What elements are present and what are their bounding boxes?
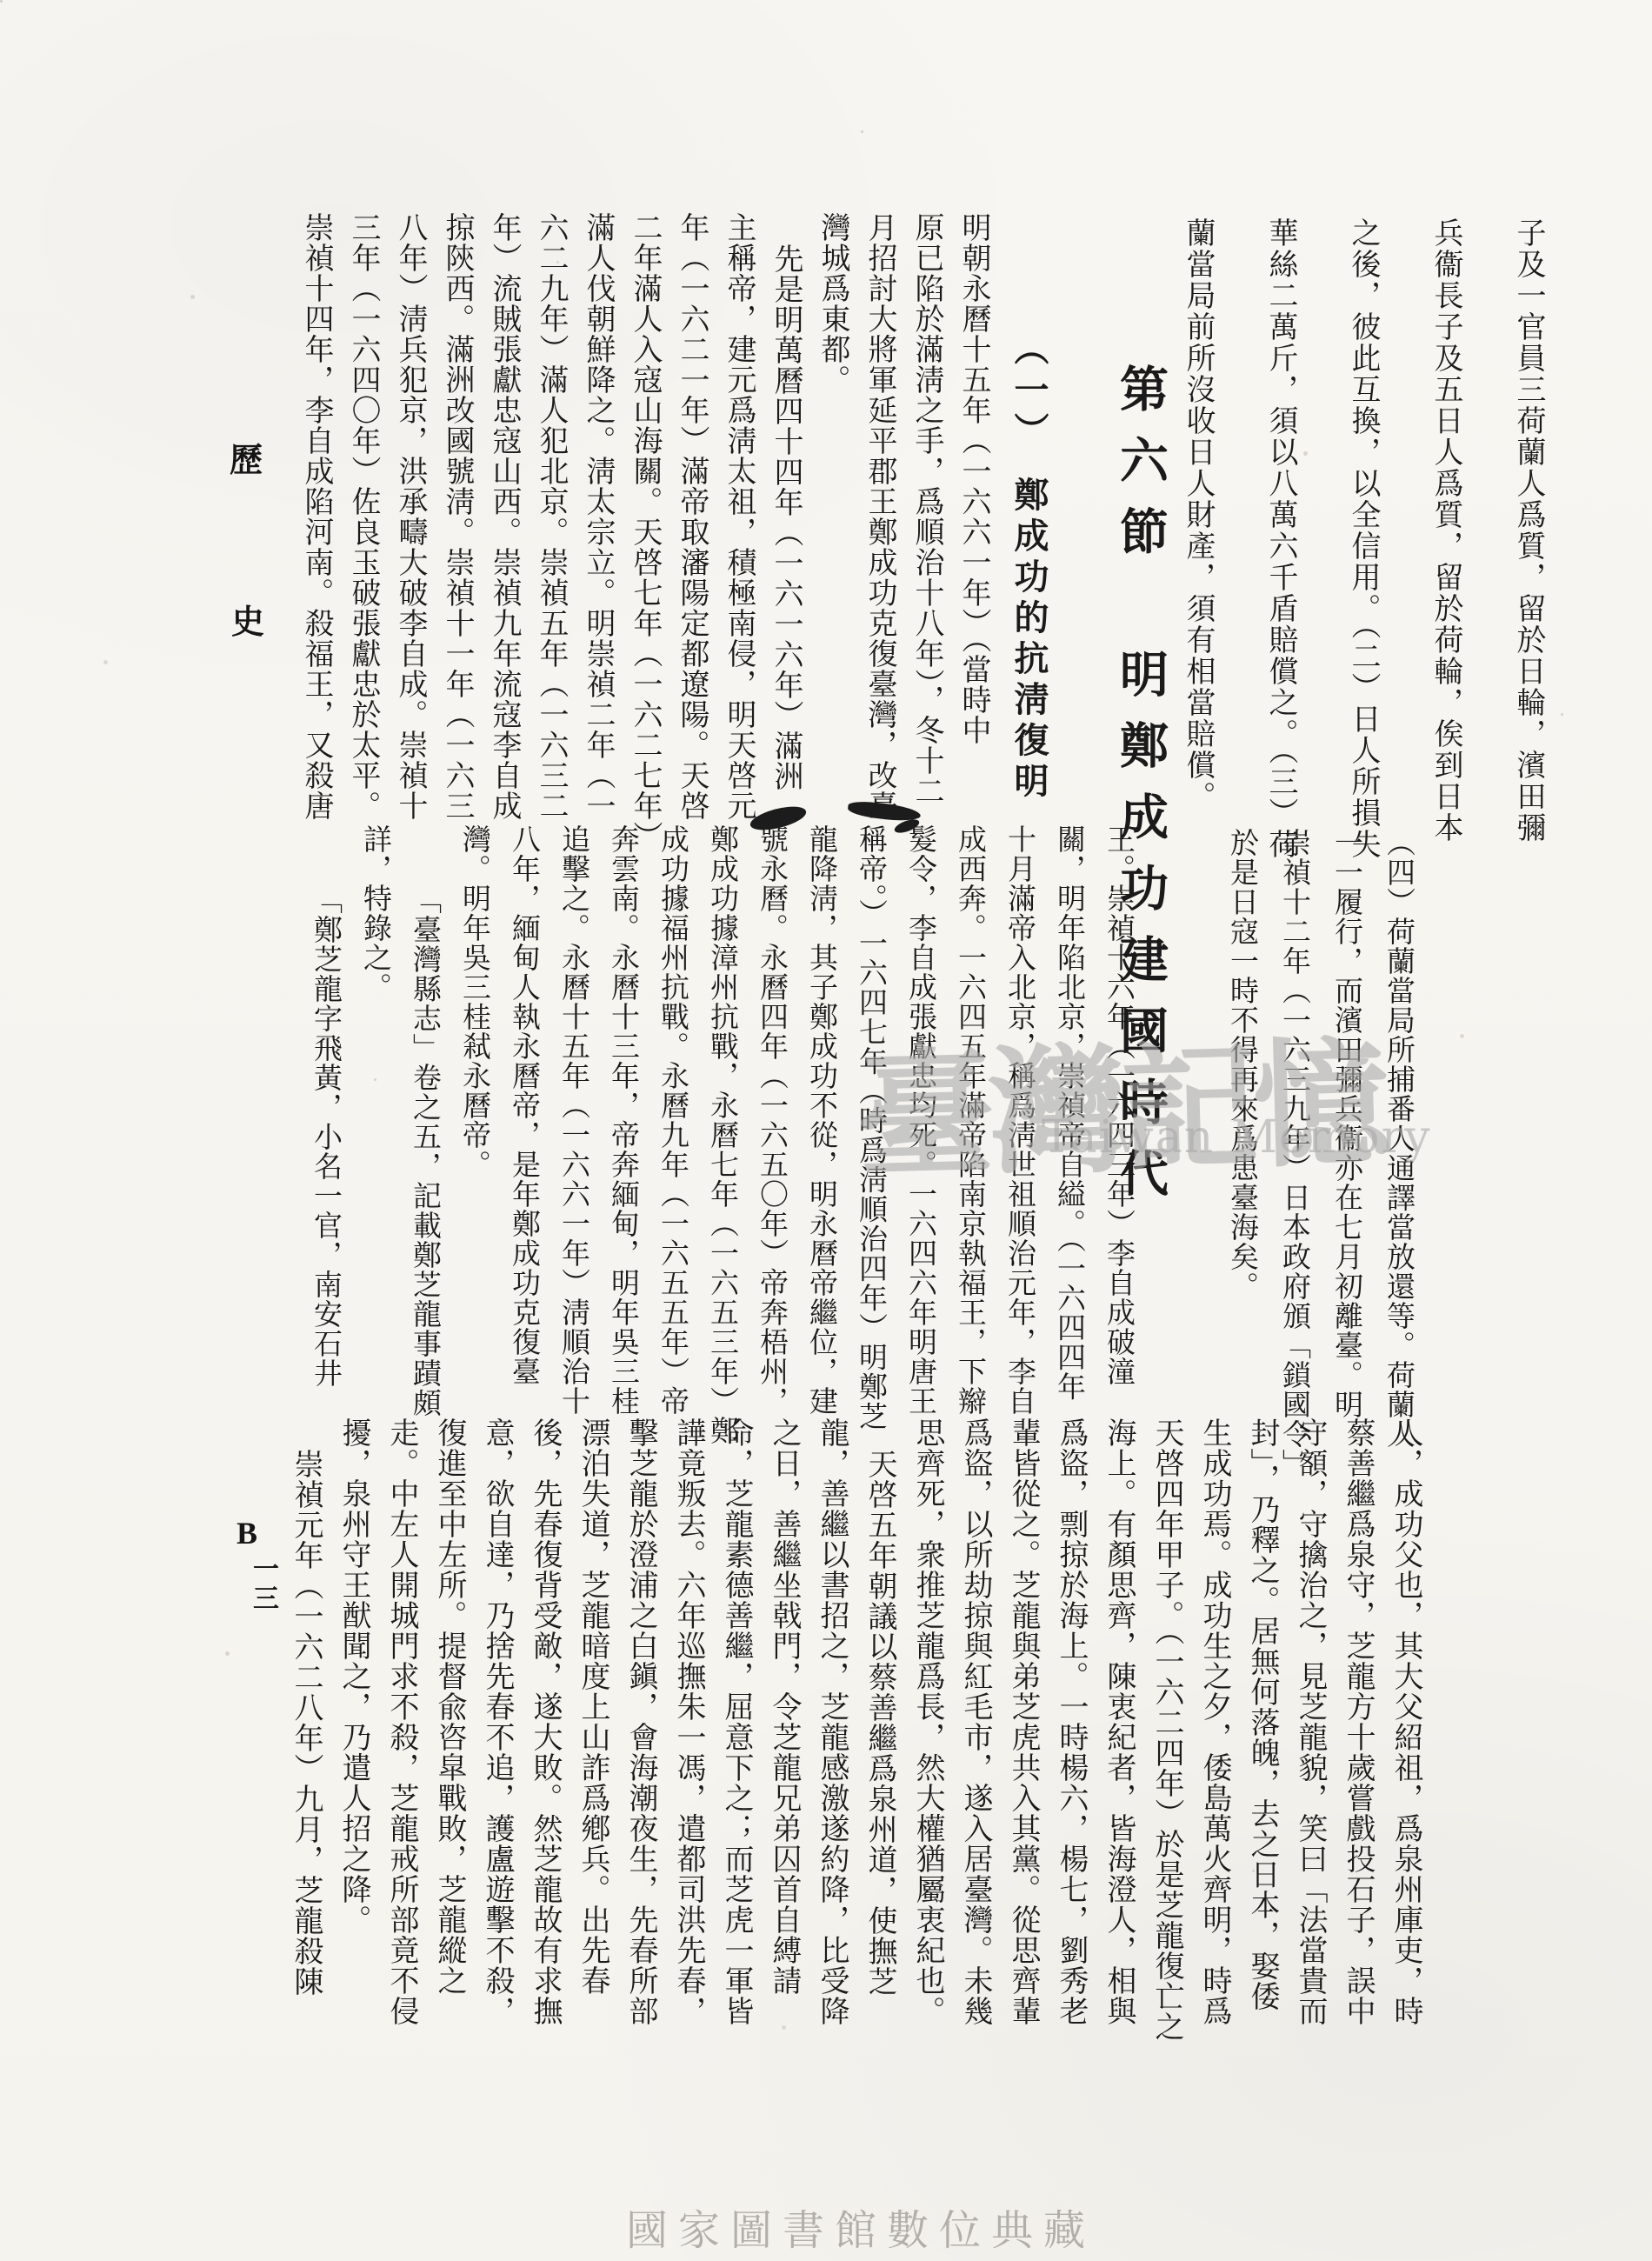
text-column: 爲盜，以所劫掠與紅毛市，遂入居臺灣。未幾 bbox=[951, 1417, 999, 2057]
page-number: 一三 bbox=[245, 1555, 280, 1614]
text-column: 人，成功父也，其大父紹祖，爲泉州庫吏，時 bbox=[1382, 1417, 1429, 2057]
text-column: 命，芝龍素德善繼，屈意下之；而芝虎一軍皆 bbox=[712, 1417, 760, 2057]
text-column: 六二九年）滿人犯北京。崇禎五年（一六三二 bbox=[527, 212, 574, 821]
text-column: 龍降淸，其子鄭成功不從，明永曆帝繼位，建 bbox=[796, 824, 845, 1394]
text-column: 十月滿帝入北京，稱爲淸世祖順治元年，李自 bbox=[994, 824, 1043, 1394]
text-column: 灣城爲東都。 bbox=[809, 212, 856, 821]
text-column: 三年（一六四〇年）佐良玉破張獻忠於太平。 bbox=[339, 212, 386, 821]
text-column: 年（一六二一年）滿帝取瀋陽定都遼陽。天啓 bbox=[668, 212, 715, 821]
text-column: 年）流賊張獻忠寇山西。崇禎九年流寇李自成 bbox=[480, 212, 527, 821]
text-column: 詳，特錄之。 bbox=[350, 824, 399, 1394]
text-column: 稱帝。）一六四七年（時爲淸順治四年）明鄭芝 bbox=[845, 824, 895, 1394]
text-column: 譁竟叛去。六年巡撫朱一馮，遣都司洪先春， bbox=[664, 1417, 712, 2057]
text-column: 號永曆。永曆四年（一六五〇年）帝奔梧州， bbox=[746, 824, 796, 1394]
text-column: 髮令，李自成張獻忠均死。一六四六年明唐王 bbox=[895, 824, 944, 1394]
text-column: 海上。有顏思齊，陳衷紀者，皆海澄人，相與 bbox=[1095, 1417, 1142, 2057]
text-column: 後，先春復背受敵，遂大敗。然芝龍故有求撫 bbox=[521, 1417, 569, 2057]
text-column: 主稱帝，建元爲淸太祖，積極南侵，明天啓元 bbox=[715, 212, 762, 821]
text-column: 原已陷於滿淸之手，爲順治十八年），冬十二 bbox=[903, 212, 949, 821]
text-column: 追擊之。永曆十五年（一六六一年）淸順治十 bbox=[548, 824, 597, 1394]
text-column: 子及一官員三荷蘭人爲質，留於日輪，濱田彌 bbox=[1487, 217, 1569, 826]
body-band1-columns: 明朝永曆十五年（一六六一年）（當時中原已陷於滿淸之手，爲順治十八年），冬十二月招… bbox=[292, 212, 996, 821]
text-column: 爲盜，剽掠於海上。一時楊六，楊七，劉秀老 bbox=[1047, 1417, 1095, 2057]
scanned-book-page: { "page": { "margin_label_top": "歷", "ma… bbox=[0, 0, 1652, 2261]
text-column: （四）荷蘭當局所捕番人通譯當放還等。荷蘭人 bbox=[1372, 828, 1424, 1393]
text-column: 蔡善繼爲泉守，芝龍方十歲嘗戲投石子，誤中 bbox=[1334, 1417, 1382, 2057]
text-column: 守額，守擒治之，見芝龍貌，笑曰「法當貴而 bbox=[1286, 1417, 1334, 2057]
text-column: 一一履行，而濱田彌兵衞亦在七月初離臺。明 bbox=[1320, 828, 1372, 1393]
text-column: 關，明年陷北京，崇禎帝自縊。（一六四四年 bbox=[1043, 824, 1093, 1394]
text-column: 兵衞長子及五日人爲質，留於荷輪，俟到日本 bbox=[1404, 217, 1487, 826]
prev-section-band2-columns: （四）荷蘭當局所捕番人通譯當放還等。荷蘭人一一履行，而濱田彌兵衞亦在七月初離臺。… bbox=[1216, 828, 1424, 1393]
text-column: 掠陝西。滿洲改國號淸。崇禎十一年（一六三 bbox=[433, 212, 480, 821]
text-column: 灣。明年吳三桂弒永曆帝。 bbox=[449, 824, 498, 1394]
text-column: 天啓五年朝議以蔡善繼爲泉州道，使撫芝 bbox=[856, 1417, 903, 2057]
text-column: 之日，善繼坐戟門，令芝龍兄弟囚首自縛請 bbox=[760, 1417, 808, 2057]
text-column: 明朝永曆十五年（一六六一年）（當時中 bbox=[949, 212, 996, 821]
text-column: 「臺灣縣志」卷之五，記載鄭芝龍事蹟頗 bbox=[399, 824, 449, 1394]
margin-label-history-char1: 歷 bbox=[230, 433, 263, 481]
text-column: 鄭成功據漳州抗戰，永曆七年（一六五三年）鄭 bbox=[696, 824, 746, 1394]
text-column: 龍，善繼以書招之，芝龍感激遂約降，比受降 bbox=[808, 1417, 856, 2057]
text-column: 崇禎十四年，李自成陷河南。殺福王，又殺唐 bbox=[292, 212, 339, 821]
text-column: 意，欲自達，乃捨先春不追，護盧遊擊不殺， bbox=[473, 1417, 521, 2057]
text-column: 八年，緬甸人執永曆帝，是年鄭成功克復臺 bbox=[498, 824, 548, 1394]
scan-noise-specks bbox=[0, 0, 3, 3]
text-column: 天啓四年甲子。（一六二四年）於是芝龍復亡之 bbox=[1142, 1417, 1190, 2057]
text-column: 於是日寇一時不得再來爲患臺海矣。 bbox=[1216, 828, 1268, 1393]
text-column: 王。崇禎十六年（一六四三年）李自成破潼 bbox=[1093, 824, 1142, 1394]
text-column: 二年滿人入寇山海關。天啓七年（一六二七年） bbox=[621, 212, 668, 821]
text-column: 崇禎十二年（一六三九年）日本政府頒「鎖國令」 bbox=[1268, 828, 1320, 1393]
text-column: 生成功焉。成功生之夕，倭島萬火齊明，時爲 bbox=[1190, 1417, 1238, 2057]
text-column: 擾，泉州守王猷聞之，乃遣人招之降。 bbox=[330, 1417, 377, 2057]
text-column: 華絲二萬斤，須以八萬六千盾賠償之。（三）荷 bbox=[1239, 217, 1322, 826]
prev-section-band1-columns: 子及一官員三荷蘭人爲質，留於日輪，濱田彌兵衞長子及五日人爲質，留於荷輪，俟到日本… bbox=[1156, 217, 1569, 826]
text-column: 封」，乃釋之。居無何落魄，去之日本，娶倭 bbox=[1238, 1417, 1286, 2057]
text-column: 之後，彼此互換，以全信用。（二）日人所損失 bbox=[1322, 217, 1404, 826]
margin-label-history-char2: 史 bbox=[231, 595, 264, 643]
text-column: 崇禎元年（一六二八年）九月，芝龍殺陳 bbox=[282, 1417, 330, 2057]
text-column: 成西奔。一六四五年滿帝陷南京執福王，下辮 bbox=[944, 824, 994, 1394]
text-column: 八年）淸兵犯京，洪承疇大破李自成。崇禎十 bbox=[386, 212, 433, 821]
text-column: 擊芝龍於澄浦之白鎭，會海潮夜生，先春所部 bbox=[616, 1417, 664, 2057]
text-column: 走。中左人開城門求不殺，芝龍戒所部竟不侵 bbox=[377, 1417, 425, 2057]
text-column: 「鄭芝龍字飛黃，小名一官，南安石井 bbox=[300, 824, 350, 1394]
text-column: 輩皆從之。芝龍與弟芝虎共入其黨。從思齊輩 bbox=[999, 1417, 1047, 2057]
subsection-title: （一） 鄭成功的抗淸復明 bbox=[1002, 330, 1056, 804]
body-band2-columns: 王。崇禎十六年（一六四三年）李自成破潼關，明年陷北京，崇禎帝自縊。（一六四四年十… bbox=[300, 824, 1142, 1394]
series-marker: B bbox=[236, 1515, 257, 1551]
text-column: 復進至中左所。提督兪咨皐戰敗，芝龍縱之 bbox=[425, 1417, 473, 2057]
archive-footer-label: 國家圖書館數位典藏 bbox=[609, 2197, 1113, 2257]
body-band3-columns: 人，成功父也，其大父紹祖，爲泉州庫吏，時蔡善繼爲泉守，芝龍方十歲嘗戲投石子，誤中… bbox=[282, 1417, 1429, 2057]
text-column: 滿人伐朝鮮降之。淸太宗立。明崇禎二年（一 bbox=[574, 212, 621, 821]
text-column: 思齊死，衆推芝龍爲長，然大權猶屬衷紀也。 bbox=[903, 1417, 951, 2057]
text-column: 成功據福州抗戰。永曆九年（一六五五年）帝 bbox=[647, 824, 696, 1394]
text-column: 奔雲南。永曆十三年，帝奔緬甸，明年吳三桂 bbox=[597, 824, 647, 1394]
text-column: 漂泊失道，芝龍暗度上山詐爲鄕兵。出先春 bbox=[569, 1417, 616, 2057]
text-column: 先是明萬曆四十四年（一六一六年）滿洲 bbox=[762, 212, 809, 821]
text-column: 月招討大將軍延平郡王鄭成功克復臺灣，改臺 bbox=[856, 212, 903, 821]
